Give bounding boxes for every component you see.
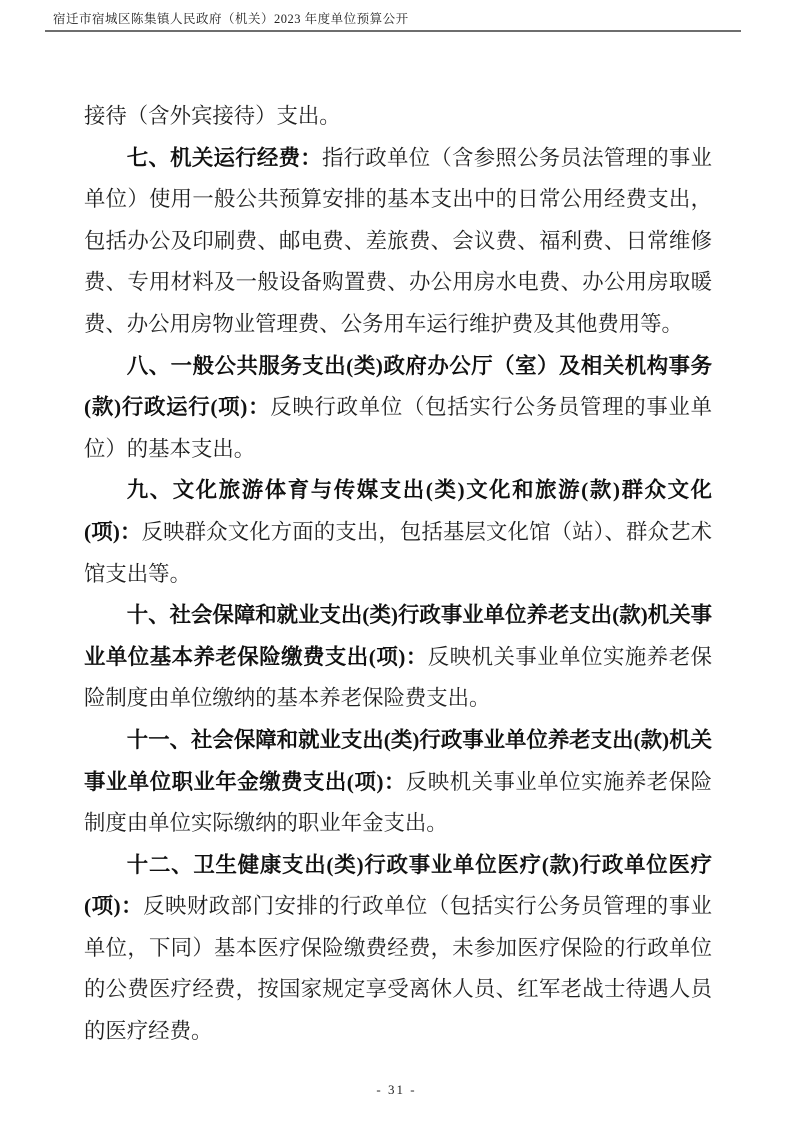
document-page: 宿迁市宿城区陈集镇人民政府（机关）2023 年度单位预算公开 接待（含外宾接待）…: [0, 0, 793, 1122]
paragraph: 十一、社会保障和就业支出(类)行政事业单位养老支出(款)机关事业单位职业年金缴费…: [84, 720, 712, 845]
paragraph: 七、机关运行经费：指行政单位（含参照公务员法管理的事业单位）使用一般公共预算安排…: [84, 138, 712, 346]
paragraph-text: 接待（含外宾接待）支出。: [84, 104, 341, 128]
header-rule: [45, 30, 741, 32]
page-number: - 31 -: [0, 1082, 793, 1098]
paragraph: 接待（含外宾接待）支出。: [84, 96, 712, 138]
paragraph-text: 指行政单位（含参照公务员法管理的事业单位）使用一般公共预算安排的基本支出中的日常…: [84, 146, 712, 336]
paragraph: 十、社会保障和就业支出(类)行政事业单位养老支出(款)机关事业单位基本养老保险缴…: [84, 595, 712, 720]
paragraph: 八、一般公共服务支出(类)政府办公厅（室）及相关机构事务(款)行政运行(项)：反…: [84, 346, 712, 471]
paragraph: 九、文化旅游体育与传媒支出(类)文化和旅游(款)群众文化(项)：反映群众文化方面…: [84, 470, 712, 595]
paragraph-text: 反映群众文化方面的支出，包括基层文化馆（站）、群众艺术馆支出等。: [84, 520, 712, 586]
document-body: 接待（含外宾接待）支出。 七、机关运行经费：指行政单位（含参照公务员法管理的事业…: [84, 96, 712, 1053]
paragraph-text: 反映财政部门安排的行政单位（包括实行公务员管理的事业单位，下同）基本医疗保险缴费…: [84, 894, 712, 1043]
paragraph: 十二、卫生健康支出(类)行政事业单位医疗(款)行政单位医疗(项)：反映财政部门安…: [84, 845, 712, 1053]
header-title: 宿迁市宿城区陈集镇人民政府（机关）2023 年度单位预算公开: [53, 12, 409, 26]
document-header: 宿迁市宿城区陈集镇人民政府（机关）2023 年度单位预算公开: [53, 9, 409, 27]
paragraph-heading: 七、机关运行经费：: [127, 146, 322, 170]
